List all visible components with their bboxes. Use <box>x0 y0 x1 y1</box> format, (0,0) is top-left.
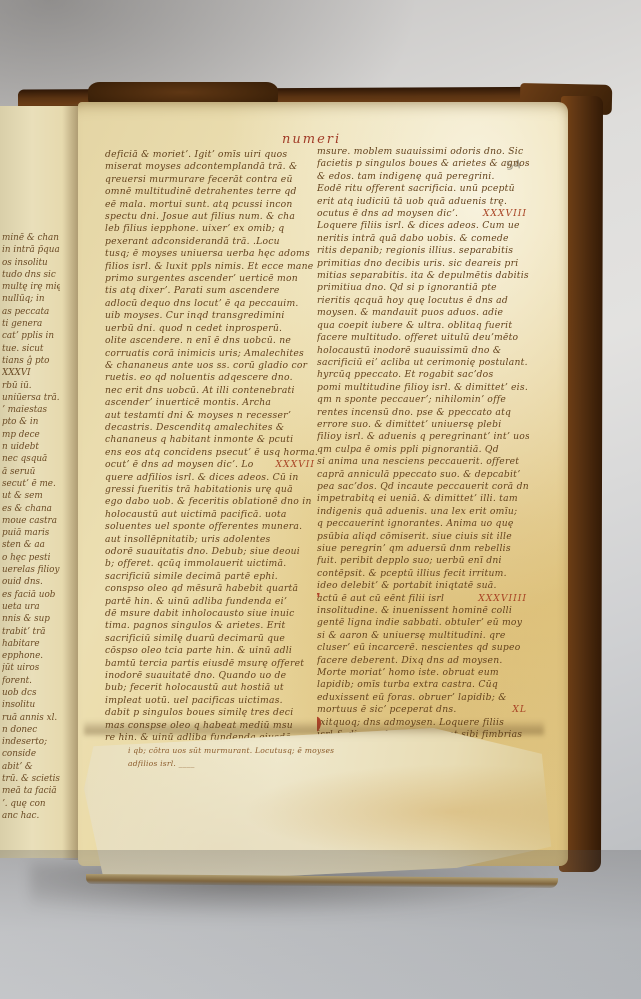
line-text: neritis intrā quā dabo uobis. & comede <box>317 233 509 245</box>
text-line: leb filius iepphone. uixerʼ ex omib; q <box>105 223 317 235</box>
text-line: cōspso oleo tcia parte hin. & uinū adli <box>105 645 317 657</box>
text-line: mp dece <box>2 429 60 441</box>
text-line: cluserʼ eū incarcerē. nescientes qd supe… <box>317 642 529 654</box>
line-text: adlocū dequo dns locutʼ ē qa peccauim. <box>105 298 299 310</box>
line-text: es faciā uob <box>2 589 55 601</box>
line-text: tima. pagnos singulos & arietes. Erit <box>105 620 285 632</box>
line-text: tue. sicut <box>2 343 43 355</box>
text-line: primitias dno decibis uris. sic deareis … <box>317 258 529 270</box>
line-text: holocaustū inodorē suauissimū dno & <box>317 345 501 357</box>
line-text: facere deberent. Dixq dns ad moysen. <box>317 655 503 667</box>
line-text: mortuus ē sicʼ pceperat dns. <box>317 704 457 716</box>
line-text: pea sacʼdos. Qd incaute peccauerit corā … <box>317 481 529 493</box>
text-line: mortuus ē sicʼ pceperat dns.XL <box>317 704 529 716</box>
line-text: o hęc pesti <box>2 552 50 564</box>
line-text: deficiā & morietʼ. Igitʼ omīs uiri quos <box>105 149 287 161</box>
text-column-left: deficiā & morietʼ. Igitʼ omīs uiri quosm… <box>105 149 317 745</box>
line-text: caprā anniculā ppeccato suo. & depcabitʼ <box>317 469 520 481</box>
line-text: qm culpa ē omis ppli pignorantiā. Qd <box>317 444 499 456</box>
text-line: facere multitudo. offeret uitulū deuʼmēt… <box>317 332 529 344</box>
line-text: i qb; cōtra uos sūt murmurant. Locutusq;… <box>128 744 334 757</box>
text-line: catʼ pplis in <box>2 330 60 342</box>
text-line: errore suo. & dimittetʼ uniuersę plebi <box>317 419 529 431</box>
line-text: quere adfilios isrl. & dices adeos. Cū i… <box>105 472 299 484</box>
line-text: erit atq iudiciū tā uob quā aduenis trę. <box>317 196 507 208</box>
text-line: Quib moyses. Cur inqd transgredimini <box>105 310 317 322</box>
text-line: qm n sponte peccauerʼ; nihilominʼ offe <box>317 394 529 406</box>
text-line: sacrificiū simile decimā partē ephi. <box>105 571 317 583</box>
text-line: os insolitu <box>2 257 60 269</box>
text-line: rentes incensū dno. pse & ppeccato atq <box>317 407 529 419</box>
line-text: eduxissent eū foras. obruerʼ lapidib; & <box>317 692 507 704</box>
text-line: impleat uotū. uel pacificas uictimas. <box>105 695 317 707</box>
line-text: si & aaron & uniuersę multitudini. qre <box>317 630 506 642</box>
text-line: moysen. & mandauit puos aduos. adie <box>317 307 529 319</box>
line-text: qreuersi murmurare fecerāt contra eū <box>105 174 293 186</box>
text-line: corruatis corā inimicis uris; Amalechite… <box>105 348 317 360</box>
line-text: sten & aa <box>2 539 45 551</box>
line-text: rbū iū. <box>2 380 32 392</box>
verso-line-endings: minē & chanin intrā p̄quaos insolitutudo… <box>2 232 60 822</box>
text-line: filioy isrl. & aduenis q peregrinantʼ in… <box>317 431 529 443</box>
text-line: qua coepit iubere & ultra. oblitaq fueri… <box>317 320 529 332</box>
line-text: primitiua dno. Qd si p ignorantiā pte <box>317 282 497 294</box>
chapter-numeral: XL <box>512 704 527 716</box>
text-line: meā ta faciā <box>2 785 60 797</box>
text-line: as peccata <box>2 306 60 318</box>
text-line: tudo dns sic <box>2 269 60 281</box>
line-text: meā ta faciā <box>2 785 57 797</box>
text-line: qreuersi murmurare fecerāt contra eū <box>105 174 317 186</box>
text-line: ʼ maiestas <box>2 404 60 416</box>
text-line: es & chana <box>2 503 60 515</box>
line-text: n uidebt <box>2 441 39 453</box>
line-text: q peccauerint ignorantes. Anima uo quę <box>317 518 514 530</box>
line-text: olite ascendere. n enī ē dns uobcū. ne <box>105 335 291 347</box>
line-text: puiā maris <box>2 527 49 539</box>
line-text: as peccata <box>2 306 49 318</box>
text-line: fuit. peribit depplo suo; uerbū enī dni <box>317 555 529 567</box>
text-line: gentē ligna indie sabbati. obtulerʼ eū m… <box>317 617 529 629</box>
line-text: qm n sponte peccauerʼ; nihilominʼ offe <box>317 394 506 406</box>
text-line: ueta ura <box>2 601 60 613</box>
line-text: n donec <box>2 724 37 736</box>
text-column-right: msure. moblem suauissimi odoris dno. Sic… <box>317 146 529 742</box>
line-text: psūbia aliqd cōmiserit. siue ciuis sit i… <box>317 531 512 543</box>
text-line: ens eos atq concidens psecutʼ ē usq horm… <box>105 447 317 459</box>
line-text: filios isrl. & luxit ppls nimis. Et ecce… <box>105 261 314 273</box>
text-line: chananeus q habitant inmonte & pcuti <box>105 434 317 446</box>
text-line: nec qsquā <box>2 453 60 465</box>
text-line: secutʼ ē me. <box>2 478 60 490</box>
text-line: Nolite ascendere. n enī ē dns uobcū. ne <box>105 335 317 347</box>
text-line: & edos. tam indigenę quā peregrini. <box>317 171 529 183</box>
line-text: tis atq dixerʼ. Parati sum ascendere <box>105 285 280 297</box>
line-text: hyrcūq ppeccato. Et rogabit sacʼdos <box>317 369 493 381</box>
text-line: caprā anniculā ppeccato suo. & depcabitʼ <box>317 469 529 481</box>
text-line: tians ĝ pto <box>2 355 60 367</box>
text-line: deficiā & morietʼ. Igitʼ omīs uiri quos <box>105 149 317 161</box>
line-text: insolitudine. & inuenissent hominē colli <box>317 605 512 617</box>
line-text: Morte moriatʼ homo iste. obruat eum <box>317 667 499 679</box>
line-text: catʼ pplis in <box>2 330 54 342</box>
line-text: holocaustū aut uictimā pacificā. uota <box>105 509 287 521</box>
line-text: filioy isrl. & aduenis q peregrinantʼ in… <box>317 431 529 443</box>
line-text: aut insollēpnitatib; uris adolentes <box>105 534 271 546</box>
text-line: XXXVI <box>2 367 60 379</box>
line-text: secutʼ ē me. <box>2 478 56 490</box>
text-line: uniūersa trā. <box>2 392 60 404</box>
text-line: uerbū dni. quod n cedet inprosperū. <box>105 323 317 335</box>
running-header-numeri: numeri <box>282 132 341 147</box>
chapter-numeral: XXXVIIII <box>478 593 527 605</box>
text-line: impetrabitq ei ueniā. & dimittetʼ illi. … <box>317 493 529 505</box>
text-line: q peccauerint ignorantes. Anima uo quę <box>317 518 529 530</box>
text-line: adfilios isrl. ____ <box>128 757 334 770</box>
text-line: sten & aa <box>2 539 60 551</box>
text-line: bub; fecerit holocaustū aut hostiā ut <box>105 682 317 694</box>
text-line: tue. sicut <box>2 343 60 355</box>
line-text: uniūersa trā. <box>2 392 60 404</box>
flap-text: i qb; cōtra uos sūt murmurant. Locutusq;… <box>128 744 334 770</box>
text-line: soluentes uel sponte offerentes munera. <box>105 521 317 533</box>
line-text: in intrā p̄qua <box>2 244 60 256</box>
manuscript-book: minē & chanin intrā p̄quaos insolitutudo… <box>0 80 612 885</box>
line-text: os insolitu <box>2 257 48 269</box>
bottom-parchment-flap: i qb; cōtra uos sūt murmurant. Locutusq;… <box>84 728 556 880</box>
line-text: siue peregrinʼ qm aduersū dnm rebellis <box>317 543 511 555</box>
line-text: eē mala. mortui sunt. atq pcussi incon <box>105 199 293 211</box>
text-line: Eodē ritu offerent sacrificia. unū pcept… <box>317 183 529 195</box>
line-text: cōspso oleo tcia parte hin. & uinū adli <box>105 645 292 657</box>
line-text: nec qsquā <box>2 453 47 465</box>
line-text: mp dece <box>2 429 40 441</box>
text-line: quere adfilios isrl. & dices adeos. Cū i… <box>105 472 317 484</box>
text-line: nec erit dns uobcū. At illi contenebrati <box>105 385 317 397</box>
text-line: gressi fueritis trā habitationis urę quā <box>105 484 317 496</box>
text-line: n donec <box>2 724 60 736</box>
text-line: moue castra <box>2 515 60 527</box>
line-text: pto & in <box>2 416 38 428</box>
line-text: omnē multitudinē detrahentes terre qd <box>105 186 297 198</box>
text-line: pexerant adconsiderandā trā. .Locu <box>105 236 317 248</box>
text-line: o hęc pesti <box>2 552 60 564</box>
text-line: insolitu <box>2 699 60 711</box>
text-line: rbū iū. <box>2 380 60 392</box>
text-line: ideo delebitʼ & portabit iniqtatē suā. <box>317 580 529 592</box>
line-text: multę irę mię. <box>2 281 60 293</box>
text-line: holocaustū inodorē suauissimū dno & <box>317 345 529 357</box>
text-line: minē & chan <box>2 232 60 244</box>
line-text: habitare <box>2 638 40 650</box>
text-line: ut & sem <box>2 490 60 502</box>
line-text: & edos. tam indigenę quā peregrini. <box>317 171 495 183</box>
flap-shadow <box>84 720 544 736</box>
line-text: ascenderʼ inuerticē montis. Archa <box>105 397 271 409</box>
line-text: Eodē ritu offerent sacrificia. unū pcept… <box>317 183 515 195</box>
text-line: eē mala. mortui sunt. atq pcussi incon <box>105 199 317 211</box>
line-text: ut & sem <box>2 490 43 502</box>
text-line: i qb; cōtra uos sūt murmurant. Locutusq;… <box>128 744 334 757</box>
text-line: conside <box>2 748 60 760</box>
text-line: pto & in <box>2 416 60 428</box>
line-text: corruatis corā inimicis uris; Amalechite… <box>105 348 304 360</box>
line-text: sacrificiū similę duarū decimarū que <box>105 633 285 645</box>
book-bottom-edge <box>86 874 558 888</box>
text-line: Morte moriatʼ homo iste. obruat eum <box>317 667 529 679</box>
line-text: si anima una nesciens peccauerit. offere… <box>317 456 519 468</box>
line-text: dabit p singulos boues similę tres deci <box>105 707 293 719</box>
line-text: primitias dno decibis uris. sic deareis … <box>317 258 518 270</box>
text-line: ego dabo uob. & feceritis oblationē dno … <box>105 496 317 508</box>
line-text: qua coepit iubere & ultra. oblitaq fueri… <box>317 320 512 332</box>
text-line: ā seruū <box>2 466 60 478</box>
line-text: cluserʼ eū incarcerē. nescientes qd supe… <box>317 642 520 654</box>
line-text: moue castra <box>2 515 57 527</box>
text-line: jūt uiros <box>2 662 60 674</box>
line-text: uob dcs <box>2 687 36 699</box>
line-text: ruā annis xl. <box>2 712 57 724</box>
line-text: ideo delebitʼ & portabit iniqtatē suā. <box>317 580 497 592</box>
text-line: Factū ē aut cū eēnt filii isrlXXXVIIII <box>317 593 529 605</box>
line-text: impleat uotū. uel pacificas uictimas. <box>105 695 283 707</box>
text-line: facere deberent. Dixq dns ad moysen. <box>317 655 529 667</box>
line-text: ego dabo uob. & feceritis oblationē dno … <box>105 496 312 508</box>
text-line: ti genera <box>2 318 60 330</box>
line-text: uib moyses. Cur inqd transgredimini <box>105 310 285 322</box>
text-line: indeserto; <box>2 736 60 748</box>
line-text: nec erit dns uobcū. At illi contenebrati <box>105 385 295 397</box>
text-line: erit atq iudiciū tā uob quā aduenis trę. <box>317 196 529 208</box>
book-cast-shadow <box>30 862 550 917</box>
line-text: trū. & scietis <box>2 773 60 785</box>
line-text: ueta ura <box>2 601 40 613</box>
text-line: in intrā p̄qua <box>2 244 60 256</box>
photograph-background: minē & chanin intrā p̄quaos insolitutudo… <box>0 0 641 999</box>
line-text: tians ĝ pto <box>2 355 49 367</box>
line-text: ens eos atq concidens psecutʼ ē usq horm… <box>105 447 317 459</box>
text-line: psūbia aliqd cōmiserit. siue ciuis sit i… <box>317 531 529 543</box>
text-line: mitias separabitis. ita & depulmētis dab… <box>317 270 529 282</box>
text-line: si & aaron & uniuersę multitudini. qre <box>317 630 529 642</box>
line-text: actū ē aut cū eēnt filii isrl <box>317 593 444 605</box>
line-text: miserat moyses adcontemplandā trā. & <box>105 161 297 173</box>
line-text: chananeus q habitant inmonte & pcuti <box>105 434 293 446</box>
line-text: lapidib; omīs turba extra castra. Cūq <box>317 679 498 691</box>
line-text: tusq; ē moyses uniuersa uerba hęc adoms <box>105 248 310 260</box>
text-line: primitiua dno. Qd si p ignorantiā pte <box>317 282 529 294</box>
text-line: nullūq; in <box>2 293 60 305</box>
line-text: pexerant adconsiderandā trā. .Locu <box>105 236 280 248</box>
text-line: si anima una nesciens peccauerit. offere… <box>317 456 529 468</box>
line-text: sacrificiū eiʼ acliba ut cerimonię postu… <box>317 357 528 369</box>
text-line: puiā maris <box>2 527 60 539</box>
line-text: mitias separabitis. ita & depulmētis dab… <box>317 270 529 282</box>
text-line: insolitudine. & inuenissent hominē colli <box>317 605 529 617</box>
text-line: n uidebt <box>2 441 60 453</box>
line-text: epphone. <box>2 650 43 662</box>
line-text: ouid dns. <box>2 576 43 588</box>
line-text: leb filius iepphone. uixerʼ ex omib; q <box>105 223 284 235</box>
line-text: soluentes uel sponte offerentes munera. <box>105 521 302 533</box>
line-text: rieritis qcquā hoy quę locutus ē dns ad <box>317 295 508 307</box>
line-text: primo surgentes ascenderʼ uerticē mon <box>105 273 298 285</box>
text-line: trabitʼ trā <box>2 626 60 638</box>
line-text: partē hin. & uinū adliba fundenda eiʼ <box>105 596 287 608</box>
text-line: partē hin. & uinū adliba fundenda eiʼ <box>105 596 317 608</box>
line-text: jūt uiros <box>2 662 39 674</box>
line-text: ā seruū <box>2 466 35 478</box>
line-text: errore suo. & dimittetʼ uniuersę plebi <box>317 419 501 431</box>
text-line: forent. <box>2 675 60 687</box>
text-line: ritis depanib; regionis illius. separabi… <box>317 245 529 257</box>
text-line: sacrificiū eiʼ acliba ut cerimonię postu… <box>317 357 529 369</box>
text-line: trū. & scietis <box>2 773 60 785</box>
line-text: ti genera <box>2 318 42 330</box>
text-line: lapidib; omīs turba extra castra. Cūq <box>317 679 529 691</box>
line-text: odorē suauitatis dno. Debub; siue deoui <box>105 546 300 558</box>
line-text: msure. moblem suauissimi odoris dno. Sic <box>317 146 523 158</box>
line-text: sacrificiū simile decimā partē ephi. <box>105 571 278 583</box>
line-text: XXXVI <box>2 367 31 379</box>
text-line: tima. pagnos singulos & arietes. Erit <box>105 620 317 632</box>
text-line: nnis & sup <box>2 613 60 625</box>
line-text: es & chana <box>2 503 52 515</box>
text-line: holocaustū aut uictimā pacificā. uota <box>105 509 317 521</box>
text-line: conspso oleo qd mēsurā habebit quartā <box>105 583 317 595</box>
line-text: bamtū tercia partis eiusdē msurę offeret <box>105 658 304 670</box>
line-text: uerbū dni. quod n cedet inprosperū. <box>105 323 282 335</box>
line-text: ocutʼ ē dns ad moysen dicʼ. Lo <box>105 459 253 471</box>
line-text: minē & chan <box>2 232 59 244</box>
text-line: miserat moyses adcontemplandā trā. & <box>105 161 317 173</box>
text-line: primo surgentes ascenderʼ uerticē mon <box>105 273 317 285</box>
line-text: anc hac. <box>2 810 39 822</box>
line-text: nnis & sup <box>2 613 50 625</box>
text-line: tusq; ē moyses uniuersa uerba hęc adoms <box>105 248 317 260</box>
line-text: & chananeus ante uos ss. corū gladio cor <box>105 360 307 372</box>
line-text: rentes incensū dno. pse & ppeccato atq <box>317 407 511 419</box>
text-line: odorē suauitatis dno. Debub; siue deoui <box>105 546 317 558</box>
text-line: bamtū tercia partis eiusdē msurę offeret <box>105 658 317 670</box>
line-text: dē msure dabit inholocausto siue inuic <box>105 608 295 620</box>
line-text: pomi multitudine filioy isrl. & dimittet… <box>317 382 528 394</box>
line-text: conspso oleo qd mēsurā habebit quartā <box>105 583 298 595</box>
text-line: multę irę mię. <box>2 281 60 293</box>
line-text: ʼ maiestas <box>2 404 47 416</box>
chapter-numeral: XXXVIII <box>483 208 527 220</box>
text-line: rieritis qcquā hoy quę locutus ē dns ad <box>317 295 529 307</box>
line-text: indigenis quā aduenis. una lex erit omīu… <box>317 506 517 518</box>
text-line: dē msure dabit inholocausto siue inuic <box>105 608 317 620</box>
text-line: tis atq dixerʼ. Parati sum ascendere <box>105 285 317 297</box>
text-line: Locutus ē dns ad moysen dicʼ.XXXVIII <box>317 208 529 220</box>
text-line: & chananeus ante uos ss. corū gladio cor <box>105 360 317 372</box>
line-text: forent. <box>2 675 32 687</box>
line-text: gentē ligna indie sabbati. obtulerʼ eū m… <box>317 617 522 629</box>
line-text: insolitu <box>2 699 35 711</box>
text-line: uerelas filioy <box>2 564 60 576</box>
text-line: abitʼ & <box>2 761 60 773</box>
text-line: uob dcs <box>2 687 60 699</box>
line-text: impetrabitq ei ueniā. & dimittetʼ illi. … <box>317 493 518 505</box>
line-text: ruetis. eo qd noluentis adqescere dno. <box>105 372 293 384</box>
text-line: indigenis quā aduenis. una lex erit omīu… <box>317 506 529 518</box>
text-line: Loquere filiis isrl. & dices adeos. Cum … <box>317 220 529 232</box>
line-text: bub; fecerit holocaustū aut hostiā ut <box>105 682 284 694</box>
line-text: adfilios isrl. ____ <box>128 757 195 770</box>
line-text: inodorē suauitatē dno. Quando uo de <box>105 670 286 682</box>
text-line: contēpsit. & pceptū illius fecit irritum… <box>317 568 529 580</box>
text-line: aut testamti dni & moyses n recesserʼ <box>105 410 317 422</box>
text-line: decastris. Descenditq amalechites & <box>105 422 317 434</box>
line-text: facietis p singulos boues & arietes & ag… <box>317 158 529 170</box>
line-text: nullūq; in <box>2 293 45 305</box>
line-text: indeserto; <box>2 736 47 748</box>
line-text: abitʼ & <box>2 761 33 773</box>
text-line: anc hac. <box>2 810 60 822</box>
text-line: epphone. <box>2 650 60 662</box>
text-line: msure. moblem suauissimi odoris dno. Sic <box>317 146 529 158</box>
line-text: gressi fueritis trā habitationis urę quā <box>105 484 293 496</box>
chapter-numeral: XXXVII <box>275 459 315 471</box>
text-line: adlocū dequo dns locutʼ ē qa peccauim. <box>105 298 317 310</box>
line-text: uerelas filioy <box>2 564 59 576</box>
text-line: hyrcūq ppeccato. Et rogabit sacʼdos <box>317 369 529 381</box>
text-line: ouid dns. <box>2 576 60 588</box>
text-line: pomi multitudine filioy isrl. & dimittet… <box>317 382 529 394</box>
text-line: Locutʼ ē dns ad moysen dicʼ. LoXXXVII <box>105 459 317 471</box>
line-text: facere multitudo. offeret uitulū deuʼmēt… <box>317 332 518 344</box>
line-text: tudo dns sic <box>2 269 56 281</box>
text-line: neritis intrā quā dabo uobis. & comede <box>317 233 529 245</box>
text-line: dabit p singulos boues similę tres deci <box>105 707 317 719</box>
text-line: facietis p singulos boues & arietes & ag… <box>317 158 529 170</box>
text-line: aut insollēpnitatib; uris adolentes <box>105 534 317 546</box>
text-line: spectu dni. Josue aut filius num. & cha <box>105 211 317 223</box>
text-line: b; offeret. qcūq immolauerit uictimā. <box>105 558 317 570</box>
text-line: eduxissent eū foras. obruerʼ lapidib; & <box>317 692 529 704</box>
text-line: ʼ. quę con <box>2 798 60 810</box>
line-text: ritis depanib; regionis illius. separabi… <box>317 245 513 257</box>
text-line: ruā annis xl. <box>2 712 60 724</box>
line-text: decastris. Descenditq amalechites & <box>105 422 284 434</box>
line-text: fuit. peribit depplo suo; uerbū enī dni <box>317 555 502 567</box>
line-text: trabitʼ trā <box>2 626 46 638</box>
text-line: ascenderʼ inuerticē montis. Archa <box>105 397 317 409</box>
text-line: filios isrl. & luxit ppls nimis. Et ecce… <box>105 261 317 273</box>
line-text: conside <box>2 748 36 760</box>
text-line: sacrificiū similę duarū decimarū que <box>105 633 317 645</box>
text-line: pea sacʼdos. Qd incaute peccauerit corā … <box>317 481 529 493</box>
line-text: spectu dni. Josue aut filius num. & cha <box>105 211 295 223</box>
line-text: Loquere filiis isrl. & dices adeos. Cum … <box>317 220 520 232</box>
text-line: es faciā uob <box>2 589 60 601</box>
text-line: qm culpa ē omis ppli pignorantiā. Qd <box>317 444 529 456</box>
line-text: contēpsit. & pceptū illius fecit irritum… <box>317 568 507 580</box>
line-text: ʼ. quę con <box>2 798 46 810</box>
line-text: moysen. & mandauit puos aduos. adie <box>317 307 503 319</box>
line-text: b; offeret. qcūq immolauerit uictimā. <box>105 558 286 570</box>
text-line: inodorē suauitatē dno. Quando uo de <box>105 670 317 682</box>
text-line: ruetis. eo qd noluentis adqescere dno. <box>105 372 317 384</box>
line-text: aut testamti dni & moyses n recesserʼ <box>105 410 291 422</box>
text-line: habitare <box>2 638 60 650</box>
line-text: ocutus ē dns ad moysen dicʼ. <box>317 208 458 220</box>
text-line: omnē multitudinē detrahentes terre qd <box>105 186 317 198</box>
text-line: siue peregrinʼ qm aduersū dnm rebellis <box>317 543 529 555</box>
